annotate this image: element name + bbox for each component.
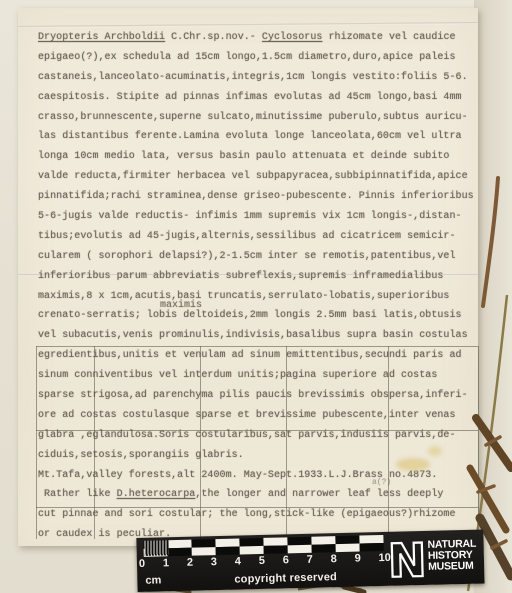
typewritten-line: egredientibus,unitis et venulam ad sinum… [38,346,466,366]
scale-ruler: 012345678910 cm copyright reserved N NAT… [136,530,484,592]
typewritten-line: maximis,8 x 1cm,acutis,basi truncatis,se… [38,287,466,307]
text-segment: ore ad costas costulasque sparse et brev… [38,410,456,421]
grid-line-vertical [388,346,389,539]
text-segment: egredientibus,unitis et venulam ad sinum… [38,350,462,361]
ruler-number: 3 [211,556,217,568]
typewritten-line: ore ad costas costulasque sparse et brev… [38,406,466,426]
nhm-n-icon: N [386,535,425,582]
typewritten-line: Rather like D.heterocarpa,the longer and… [38,485,466,505]
text-segment: pinnatifida;rachi straminea,dense griseo… [38,191,474,202]
ruler-number: 2 [187,557,193,569]
text-segment: inferioribus parum abbreviatis subreflex… [38,271,443,282]
typewritten-line: castaneis,lanceolato-acuminatis,integris… [38,68,466,88]
text-segment: tibus;evolutis ad 45-jugis,alternis,sess… [38,231,456,242]
svg-text:N: N [387,535,425,582]
text-segment: crenato-serratis; lobis deltoideis,2mm l… [38,310,462,321]
nhm-logo-text: NATURAL HISTORY MUSEUM [427,539,476,573]
typewritten-line: vel subacutis,venis prominulis,indivisis… [38,326,466,346]
yellow-stain [428,446,442,456]
underlined-taxon-name: D.heterocarpa [117,489,196,500]
typewritten-line: crenato-serratis; lobis deltoideis,2mm l… [38,306,466,326]
typewritten-line: las distantibus ferente.Lamina evoluta l… [38,127,466,147]
ruler-number: 4 [235,555,241,567]
text-segment: epigaeo(?),ex schedula ad 15cm longo,1.5… [38,52,456,63]
typewritten-line: cularem ( sorophori delapsi?),2-1.5cm in… [38,247,466,267]
typewritten-line: sinum conniventibus vel interdum unitis;… [38,366,466,386]
text-segment: cut pinnae and sori costular; the long,s… [38,509,456,520]
text-segment: sparse strigosa,ad parenchyma pilis pauc… [38,390,468,401]
underlined-taxon-name: Cyclosorus [262,32,323,43]
typewritten-line: inferioribus parum abbreviatis subreflex… [38,267,466,287]
grid-line-horizontal [36,507,478,508]
grid-line-vertical [94,346,95,539]
text-segment: maximis,8 x 1cm,acutis,basi truncatis,se… [38,291,449,302]
scale-cell [336,544,360,553]
typewritten-line: tibus;evolutis ad 45-jugis,alternis,sess… [38,227,466,247]
herbarium-sheet-edge [474,0,512,593]
herbarium-photo: Dryopteris Archboldii C.Chr.sp.nov.- Cyc… [0,0,512,593]
ruler-number: 7 [307,554,313,566]
scale-cell [288,545,312,554]
text-segment: rhizomate vel caudice [322,32,455,43]
grid-line-horizontal [36,430,478,431]
nhm-logo: N NATURAL HISTORY MUSEUM [386,534,481,582]
scale-cell [240,546,264,555]
scale-cell [192,547,216,556]
text-segment: C.Chr.sp.nov.- [165,32,262,43]
text-segment: Rather like [38,489,117,500]
scale-cell [360,543,384,552]
typewritten-line: valde reducta,firmiter herbacea vel subp… [38,167,466,187]
underlined-taxon-name: Dryopteris Archboldii [38,32,165,43]
text-segment: vel subacutis,venis prominulis,indivisis… [38,330,468,341]
typewritten-line: longa 10cm medio lata, versus basin paul… [38,147,466,167]
typewritten-line: pinnatifida;rachi straminea,dense griseo… [38,187,466,207]
text-segment: valde reducta,firmiter herbacea vel subp… [38,171,468,182]
ruler-number: 8 [331,553,337,565]
scale-cell [264,545,288,554]
ruler-barcode [144,540,168,556]
typewritten-line: 5-6-jugis valde reductis- infimis 1mm su… [38,207,466,227]
typewritten-line: crasso,brunnescente,superne sulcato,minu… [38,108,466,128]
scale-cell [168,548,192,557]
grid-line-vertical [200,346,201,539]
yellow-stain [396,458,430,471]
scale-cell [312,544,336,553]
typewritten-line: Dryopteris Archboldii C.Chr.sp.nov.- Cyc… [38,28,466,48]
text-segment: ,the longer and narrower leaf less deepl… [195,489,443,500]
ruler-number: 0 [139,558,145,570]
grid-line-vertical [286,346,287,539]
ruler-number: 5 [259,555,265,567]
typewritten-line: epigaeo(?),ex schedula ad 15cm longo,1.5… [38,48,466,68]
ruler-unit-label: cm [145,574,161,586]
text-segment: ciduis,setosis,sporangiis glabris. [38,450,244,461]
text-segment: las distantibus ferente.Lamina evoluta l… [38,131,462,142]
typewritten-line: glabra ,eglandulosa.Soris costularibus,s… [38,426,466,446]
ruler-number: 6 [283,554,289,566]
text-segment: crasso,brunnescente,superne sulcato,minu… [38,112,468,123]
text-segment: cularem ( sorophori delapsi?),2-1.5cm in… [38,251,456,262]
text-segment: caespitosis. Stipite ad pinnas infimas e… [38,92,462,103]
typewritten-line: caespitosis. Stipite ad pinnas infimas e… [38,88,466,108]
typed-insertion: maximis [160,300,202,311]
typewritten-line: cut pinnae and sori costular; the long,s… [38,505,466,525]
nhm-text-line: MUSEUM [428,560,477,572]
ruler-number: 1 [163,557,169,569]
text-segment: castaneis,lanceolato-acuminatis,integris… [38,72,468,83]
text-segment: 5-6-jugis valde reductis- infimis 1mm su… [38,211,462,222]
copyright-text: copyright reserved [234,571,337,586]
grid-line-vertical [478,346,479,539]
typewritten-line: sparse strigosa,ad parenchyma pilis pauc… [38,386,466,406]
grid-line-vertical [36,346,37,539]
scale-cell [216,546,240,555]
text-segment: longa 10cm medio lata, versus basin paul… [38,151,449,162]
text-segment: glabra ,eglandulosa.Soris costularibus,s… [38,430,456,441]
ruler-number: 9 [354,553,360,565]
grid-line-horizontal [36,346,478,347]
text-segment: sinum conniventibus vel interdum unitis;… [38,370,437,381]
